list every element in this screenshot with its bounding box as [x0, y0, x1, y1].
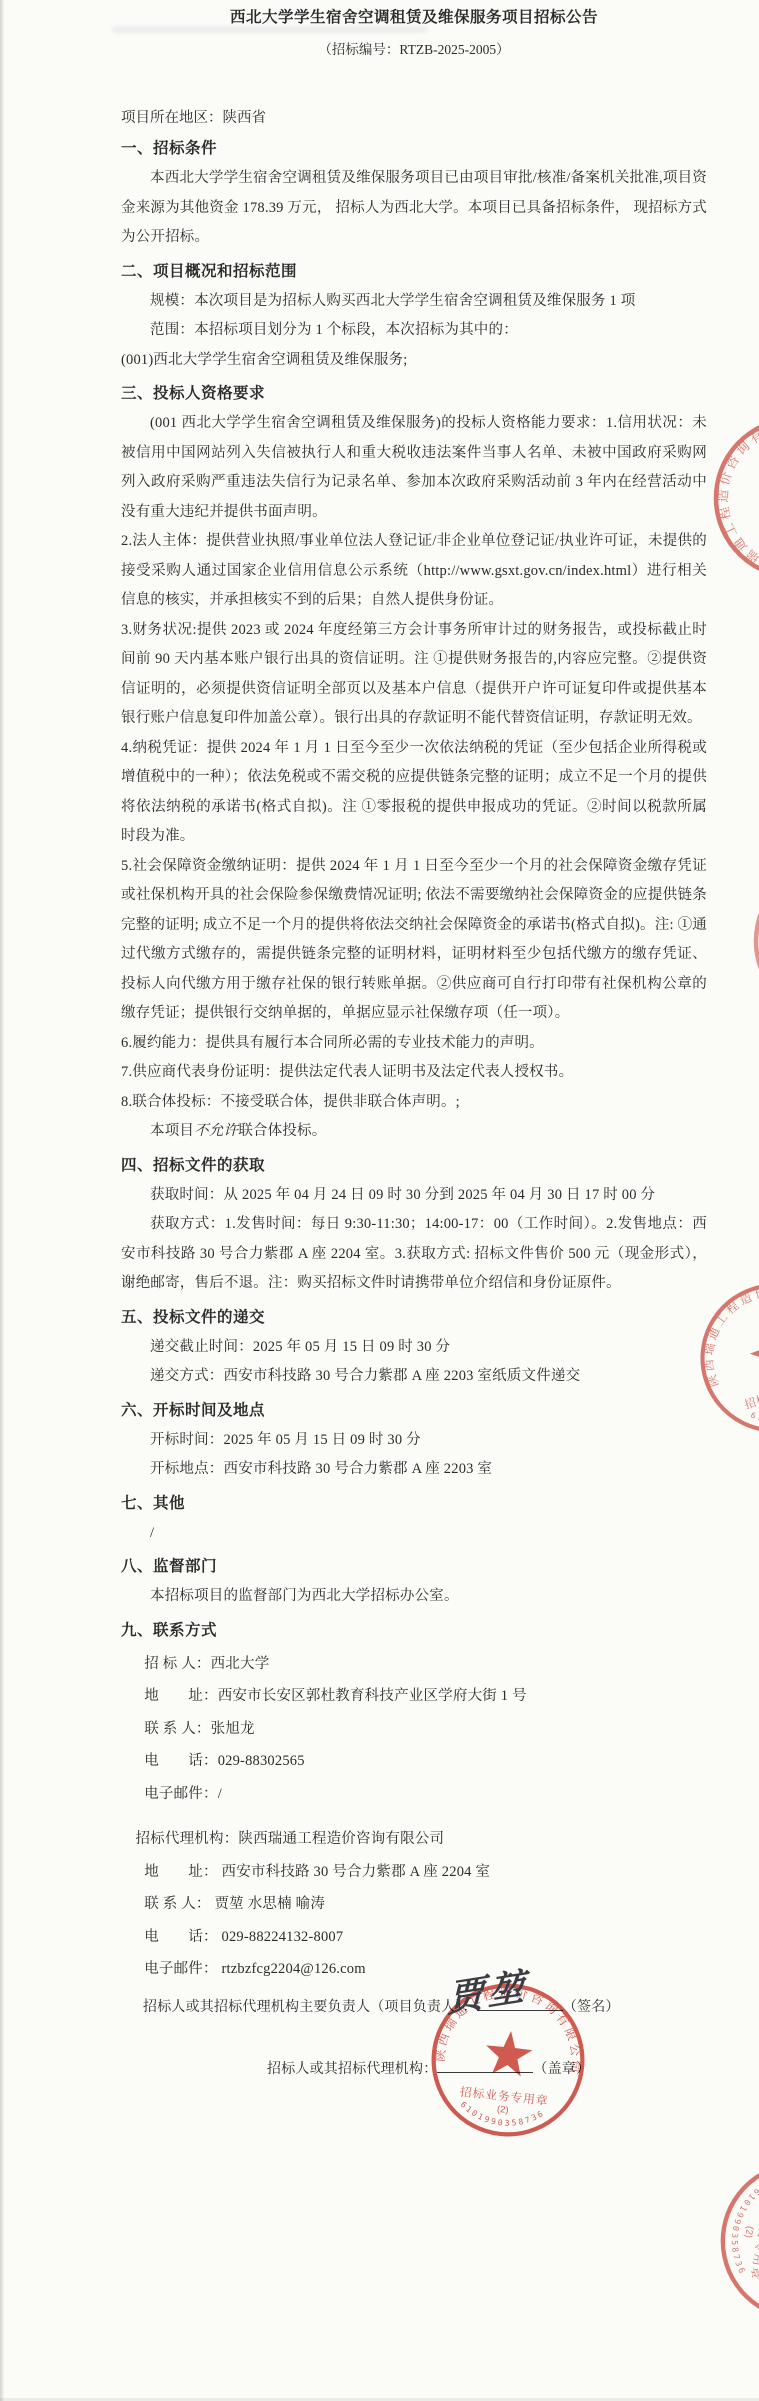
other-placeholder-line: / — [121, 1519, 707, 1549]
doc-obtain-method-line: 获取方式：1.发售时间：每日 9:30-11:30；14:00-17：00（工作… — [121, 1210, 707, 1299]
section-4-heading: 四、招标文件的获取 — [121, 1151, 707, 1181]
tenderer-phone-value: 029-88302565 — [218, 1753, 305, 1769]
agency-email-row: 电子邮件： rtzbzfcg2204@126.com — [121, 1953, 707, 1986]
bid-opening-time-line: 开标时间：2025 年 05 月 15 日 09 时 30 分 — [121, 1426, 707, 1456]
no-consortium-prefix: 本项目 — [150, 1123, 194, 1139]
agency-seal-label: 招标人或其招标代理机构： — [267, 2062, 437, 2077]
principal-signature-row: 招标人或其招标代理机构主要负责人（项目负责人）：（签名） — [143, 1996, 620, 2016]
section-9-heading: 九、联系方式 — [121, 1616, 707, 1646]
tenderer-email-label: 电子邮件： — [144, 1786, 218, 1802]
agency-phone-row: 电 话： 029-88224132-8007 — [121, 1921, 707, 1954]
doc-obtain-time-line: 获取时间：从 2025 年 04 月 24 日 09 时 30 分到 2025 … — [121, 1181, 707, 1211]
scan-edge-artifact — [0, 0, 4, 2401]
tenderer-contact-value: 张旭龙 — [211, 1721, 255, 1737]
principal-signature-label: 招标人或其招标代理机构主要负责人（项目负责人）： — [143, 2000, 477, 2015]
tenderer-address-row: 地 址：西安市长安区郭杜教育科技产业区学府大街 1 号 — [121, 1680, 707, 1713]
section-3-heading: 三、投标人资格要求 — [121, 379, 707, 409]
no-consortium-line: 本项目不允许联合体投标。 — [121, 1117, 707, 1147]
qualification-item-2: 2.法人主体：提供营业执照/事业单位法人登记证/非企业单位登记证/执业许可证，未… — [121, 527, 707, 616]
agency-address-label: 地 址： — [144, 1864, 221, 1880]
edge-stamp-bottom-corner — [704, 2145, 759, 2337]
scanned-tender-announcement-page: 西北大学学生宿舍空调租赁及维保服务项目招标公告 （招标编号：RTZB-2025-… — [0, 0, 759, 2401]
supervision-department-line: 本招标项目的监督部门为西北大学招标办公室。 — [121, 1582, 707, 1612]
tenderer-email-value: / — [218, 1786, 222, 1802]
qualification-item-6: 6.履约能力：提供具有履行本合同所必需的专业技术能力的声明。 — [121, 1029, 707, 1059]
agency-address-row: 地 址： 西安市科技路 30 号合力紫郡 A 座 2204 室 — [121, 1856, 707, 1889]
project-scope-line: 范围：本招标项目划分为 1 个标段，本次招标为其中的： — [121, 316, 707, 346]
submission-deadline-line: 递交截止时间：2025 年 05 月 15 日 09 时 30 分 — [121, 1333, 707, 1363]
section-7-heading: 七、其他 — [121, 1489, 707, 1519]
section-5-heading: 五、投标文件的递交 — [121, 1303, 707, 1333]
section-1-heading: 一、招标条件 — [121, 134, 707, 164]
tenderer-contact-label: 联 系 人： — [144, 1721, 210, 1737]
document-body: 西北大学学生宿舍空调租赁及维保服务项目招标公告 （招标编号：RTZB-2025-… — [121, 0, 707, 1986]
project-scale-line: 规模：本次项目是为招标人购买西北大学学生宿舍空调租赁及维保服务 1 项 — [121, 287, 707, 317]
section-6-heading: 六、开标时间及地点 — [121, 1396, 707, 1426]
tenderer-name-value: 西北大学 — [211, 1656, 270, 1672]
agency-phone-value: 029-88224132-8007 — [222, 1929, 344, 1945]
bid-number: （招标编号：RTZB-2025-2005） — [121, 40, 707, 60]
agency-address-value: 西安市科技路 30 号合力紫郡 A 座 2204 室 — [222, 1864, 491, 1880]
signature-suffix: （签名） — [563, 2000, 620, 2015]
tenderer-name-row: 招 标 人：西北大学 — [121, 1648, 707, 1681]
qualification-item-5: 5.社会保障资金缴纳证明：提供 2024 年 1 月 1 日至今至少一个月的社会… — [121, 852, 707, 1029]
agency-email-label: 电子邮件： — [144, 1961, 221, 1977]
tenderer-name-label: 招 标 人： — [144, 1656, 210, 1672]
edge-stamp-sliver — [734, 840, 759, 1042]
qualification-item-7: 7.供应商代表身份证明：提供法定代表人证明书及法定代表人授权书。 — [121, 1058, 707, 1088]
tenderer-address-label: 地 址： — [144, 1688, 218, 1704]
section-8-heading: 八、监督部门 — [121, 1552, 707, 1582]
no-consortium-emphasis: 不允许 — [194, 1123, 238, 1139]
lot-001-line: (001)西北大学学生宿舍空调租赁及维保服务; — [121, 346, 707, 376]
agency-phone-label: 电 话： — [144, 1929, 221, 1945]
agency-name-label: 招标代理机构： — [136, 1831, 239, 1847]
bid-opening-place-line: 开标地点：西安市科技路 30 号合力紫郡 A 座 2203 室 — [121, 1455, 707, 1485]
agency-seal-row: 招标人或其招标代理机构：（盖章） — [267, 2058, 590, 2078]
tenderer-contact-row: 联 系 人：张旭龙 — [121, 1713, 707, 1746]
tenderer-address-value: 西安市长安区郭杜教育科技产业区学府大街 1 号 — [218, 1688, 527, 1704]
section-1-paragraph: 本西北大学学生宿舍空调租赁及维保服务项目已由项目审批/核准/备案机关批准,项目资… — [121, 164, 707, 253]
contact-info-block: 招 标 人：西北大学 地 址：西安市长安区郭杜教育科技产业区学府大街 1 号 联… — [121, 1648, 707, 1986]
tenderer-phone-row: 电 话：029-88302565 — [121, 1745, 707, 1778]
agency-contact-value: 贾堃 水思楠 喻涛 — [214, 1896, 325, 1912]
project-location-line: 项目所在地区：陕西省 — [121, 106, 707, 130]
agency-contact-label: 联 系 人： — [144, 1896, 214, 1912]
section-2-heading: 二、项目概况和招标范围 — [121, 257, 707, 287]
tenderer-phone-label: 电 话： — [144, 1753, 218, 1769]
seal-suffix: （盖章） — [533, 2062, 590, 2077]
submission-method-line: 递交方式：西安市科技路 30 号合力紫郡 A 座 2203 室纸质文件递交 — [121, 1362, 707, 1392]
agency-contact-row: 联 系 人： 贾堃 水思楠 喻涛 — [121, 1888, 707, 1921]
agency-name-value: 陕西瑞通工程造价咨询有限公司 — [238, 1831, 444, 1847]
tenderer-email-row: 电子邮件：/ — [121, 1778, 707, 1811]
qualification-item-1: (001 西北大学学生宿舍空调租赁及维保服务)的投标人资格能力要求：1.信用状况… — [121, 409, 707, 527]
agency-name-row: 招标代理机构：陕西瑞通工程造价咨询有限公司 — [121, 1823, 707, 1856]
qualification-item-4: 4.纳税凭证：提供 2024 年 1 月 1 日至今至少一次依法纳税的凭证（至少… — [121, 734, 707, 852]
qualification-item-8: 8.联合体投标：不接受联合体，提供非联合体声明。; — [121, 1088, 707, 1118]
document-title: 西北大学学生宿舍空调租赁及维保服务项目招标公告 — [121, 0, 707, 29]
seal-underline — [437, 2058, 533, 2073]
qualification-item-3: 3.财务状况:提供 2023 或 2024 年度经第三方会计事务所审计过的财务报… — [121, 616, 707, 734]
agency-email-value: rtzbzfcg2204@126.com — [222, 1961, 366, 1977]
no-consortium-suffix: 联合体投标。 — [238, 1123, 326, 1139]
